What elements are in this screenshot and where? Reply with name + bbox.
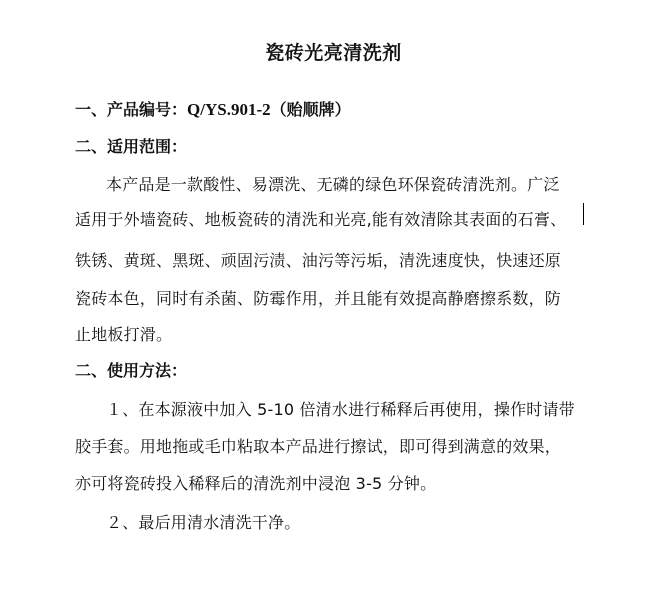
instruction-line: 亦可将瓷砖投入稀释后的清洗剂中浸泡 3-5 分钟。: [75, 471, 436, 494]
instruction-line: 胶手套。用地拖或毛巾粘取本产品进行擦试，即可得到满意的效果，: [75, 434, 561, 457]
section-heading-usage: 二、使用方法：: [75, 358, 187, 381]
document-title: 瓷砖光亮清洗剂: [0, 38, 667, 65]
section-heading-product-code: 一、产品编号：Q/YS.901-2（贻顺牌）: [75, 97, 351, 120]
text-cursor: [583, 203, 584, 225]
paragraph-line: 本产品是一款酸性、易漂洗、无磷的绿色环保瓷砖清洗剂。广泛: [106, 172, 560, 195]
heading-label: 一、产品编号：: [75, 100, 187, 119]
document-page: 瓷砖光亮清洗剂 一、产品编号：Q/YS.901-2（贻顺牌） 二、适用范围： 本…: [0, 0, 667, 616]
paragraph-line: 铁锈、黄斑、黑斑、顽固污渍、油污等污垢，清洗速度快，快速还原: [75, 248, 561, 271]
paragraph-line: 瓷砖本色，同时有杀菌、防霉作用，并且能有效提高静磨擦系数，防: [75, 286, 561, 309]
brand-name: （贻顺牌）: [271, 100, 351, 119]
product-code: Q/YS.901-2: [187, 100, 271, 119]
paragraph-line: 止地板打滑。: [75, 322, 172, 345]
instruction-line: ２、最后用清水清洗干净。: [106, 510, 300, 533]
instruction-line: １、在本源液中加入 5-10 倍清水进行稀释后再使用，操作时请带: [106, 397, 575, 420]
section-heading-scope: 二、适用范围：: [75, 134, 187, 157]
paragraph-line: 适用于外墙瓷砖、地板瓷砖的清洗和光亮,能有效清除其表面的石膏、: [75, 207, 566, 230]
